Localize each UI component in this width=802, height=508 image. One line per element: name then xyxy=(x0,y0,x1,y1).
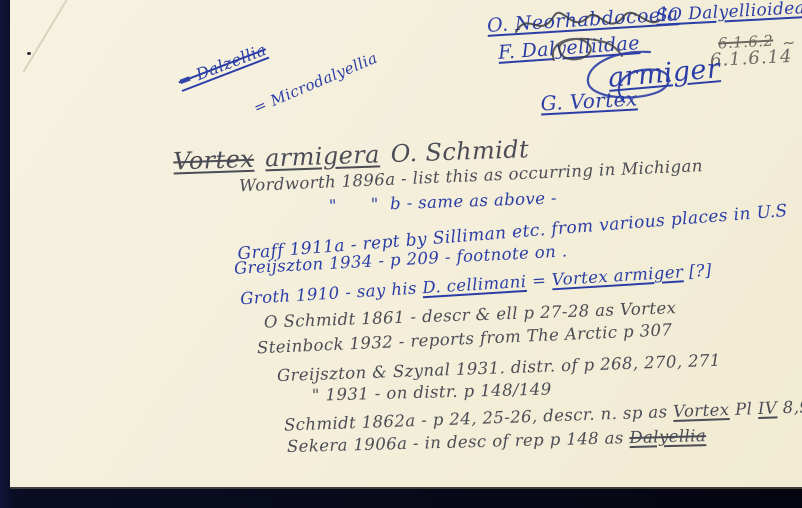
index-card: O. Neorhabdocoela SO Dalyellioidea F. Da… xyxy=(10,0,802,487)
synonym-crossed-out: = Dalzellia xyxy=(175,40,269,91)
entry-text: [?] xyxy=(683,261,713,282)
family-label: F. Dalyelliidae xyxy=(497,32,640,64)
synonym-replacement: = Microdalyellia xyxy=(251,49,380,117)
entry-text-underlined: IV xyxy=(758,398,778,418)
entry-line: Sekera 1906a - in desc of rep p 148 as D… xyxy=(252,407,706,476)
species-flourish: armiger xyxy=(607,53,721,94)
new-catalog-number: 6.1.6.14 xyxy=(710,46,793,71)
order-label: O. Neorhabdocoela xyxy=(487,3,680,37)
entry-text: 8,9 xyxy=(777,397,802,417)
entry-text: Sekera 1906a - in desc of rep p 148 as xyxy=(287,428,630,456)
entry-text: Pl xyxy=(729,399,758,419)
scan-background: O. Neorhabdocoela SO Dalyellioidea F. Da… xyxy=(0,0,802,508)
suborder-label: SO Dalyellioidea xyxy=(656,0,802,26)
entry-text-crossed-out: Dalyellia xyxy=(629,426,706,447)
card-crease xyxy=(23,0,68,73)
ink-speck xyxy=(27,52,31,55)
